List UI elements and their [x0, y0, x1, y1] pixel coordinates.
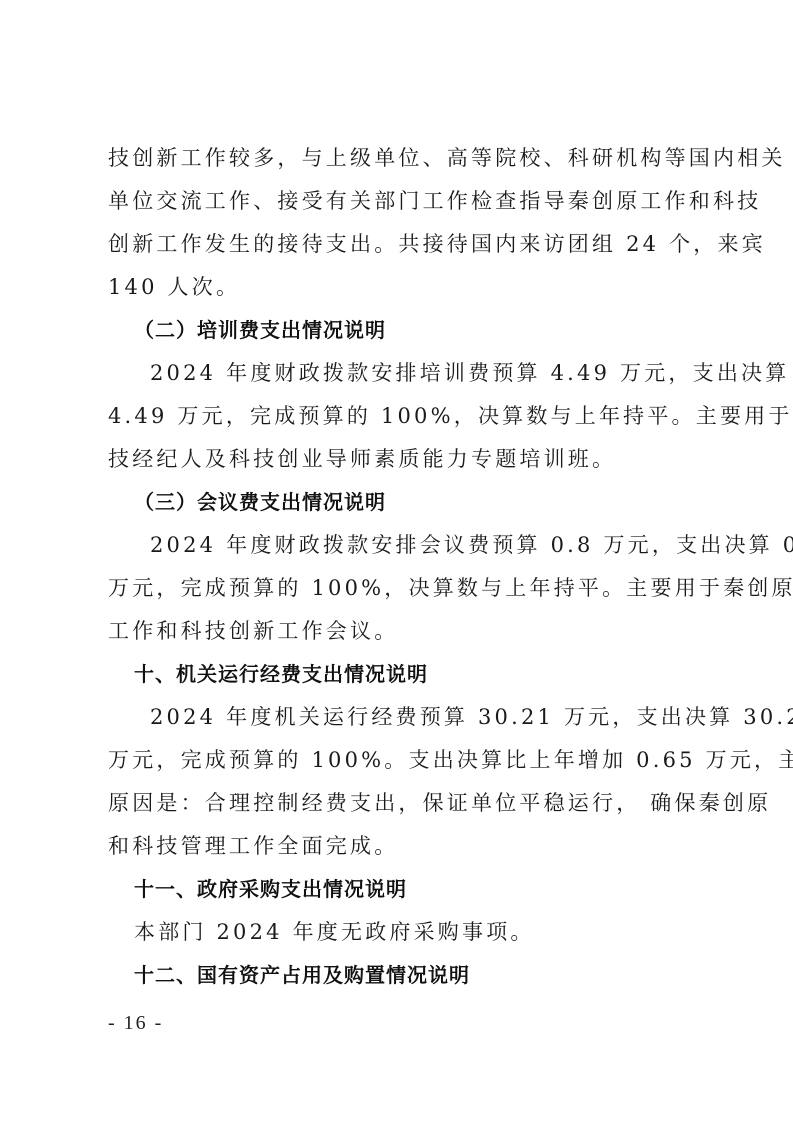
- text-line: 工作和科技创新工作会议。: [108, 610, 694, 653]
- text-line: 创新工作发生的接待支出。共接待国内来访团组 24 个，来宾: [108, 223, 694, 266]
- text-line: 技经纪人及科技创业导师素质能力专题培训班。: [108, 438, 694, 481]
- text-line: 和科技管理工作全面完成。: [108, 825, 694, 868]
- heading-government-procurement: 十一、政府采购支出情况说明: [108, 868, 694, 911]
- paragraph-operating-expenses: 2024 年度机关运行经费预算 30.21 万元，支出决算 30.21 万元，完…: [108, 696, 694, 868]
- text-line: 单位交流工作、接受有关部门工作检查指导秦创原工作和科技: [108, 180, 694, 223]
- heading-meeting-expenses: （三）会议费支出情况说明: [108, 481, 694, 524]
- text-line: 140 人次。: [108, 266, 694, 309]
- heading-state-assets: 十二、国有资产占用及购置情况说明: [108, 954, 694, 997]
- paragraph-training-expenses: 2024 年度财政拨款安排培训费预算 4.49 万元，支出决算 4.49 万元，…: [108, 352, 694, 481]
- text-line: 原因是：合理控制经费支出，保证单位平稳运行， 确保秦创原: [108, 782, 694, 825]
- heading-training-expenses: （二）培训费支出情况说明: [108, 309, 694, 352]
- document-page: 技创新工作较多，与上级单位、高等院校、科研机构等国内相关 单位交流工作、接受有关…: [0, 0, 793, 1122]
- paragraph-reception-continuation: 技创新工作较多，与上级单位、高等院校、科研机构等国内相关 单位交流工作、接受有关…: [108, 137, 694, 309]
- text-line: 本部门 2024 年度无政府采购事项。: [108, 911, 694, 954]
- page-number: - 16 -: [108, 1012, 163, 1035]
- text-line: 万元，完成预算的 100%，决算数与上年持平。主要用于秦创原: [108, 567, 694, 610]
- text-line: 2024 年度财政拨款安排会议费预算 0.8 万元，支出决算 0.8: [108, 524, 694, 567]
- paragraph-meeting-expenses: 2024 年度财政拨款安排会议费预算 0.8 万元，支出决算 0.8 万元，完成…: [108, 524, 694, 653]
- text-line: 4.49 万元，完成预算的 100%，决算数与上年持平。主要用于科: [108, 395, 694, 438]
- heading-operating-expenses: 十、机关运行经费支出情况说明: [108, 653, 694, 696]
- paragraph-government-procurement: 本部门 2024 年度无政府采购事项。: [108, 911, 694, 954]
- text-line: 2024 年度机关运行经费预算 30.21 万元，支出决算 30.21: [108, 696, 694, 739]
- text-line: 万元，完成预算的 100%。支出决算比上年增加 0.65 万元，主要: [108, 739, 694, 782]
- text-line: 2024 年度财政拨款安排培训费预算 4.49 万元，支出决算: [108, 352, 694, 395]
- text-line: 技创新工作较多，与上级单位、高等院校、科研机构等国内相关: [108, 137, 694, 180]
- page-content: 技创新工作较多，与上级单位、高等院校、科研机构等国内相关 单位交流工作、接受有关…: [108, 137, 694, 997]
